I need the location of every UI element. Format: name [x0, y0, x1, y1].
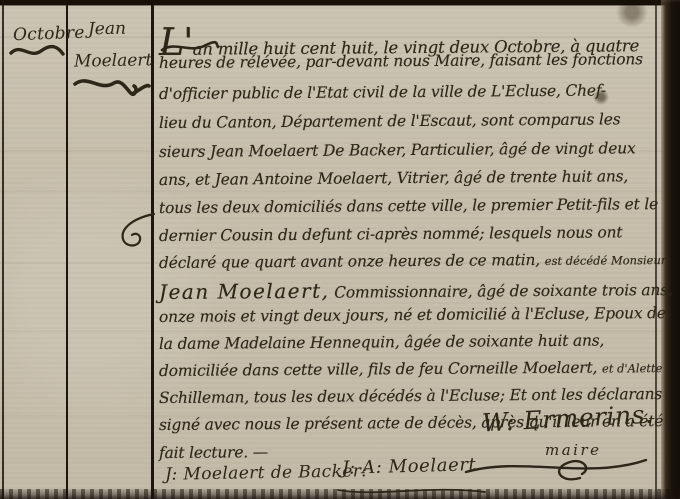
body-line: heures de rélévée, par-devant nous Maire… — [159, 50, 643, 72]
declarant-underline-icon — [336, 485, 488, 497]
body-line: lieu du Canton, Département de l'Escaut,… — [159, 110, 621, 132]
body-line: ans, et Jean Antoine Moelaert, Vitrier, … — [159, 167, 628, 189]
scanned-death-record-page: Octobre Jean Moelaert L'an mille huit ce… — [0, 0, 680, 499]
body-line: sieurs Jean Moelaert De Backer, Particul… — [159, 139, 636, 161]
paragraph-flourish-icon — [114, 210, 158, 250]
mayor-paraph-icon — [462, 452, 652, 484]
squeezed-in-text: est décédé Monsieur — [545, 253, 667, 268]
body-line-deceased-name: Jean Moelaert, Commissionnaire, âgé de s… — [159, 276, 673, 304]
body-line: onze mois et vingt deux jours, né et dom… — [159, 304, 666, 326]
body-line: dernier Cousin du defunt ci-après nommé;… — [159, 223, 623, 245]
margin-deceased-first-name: Jean — [88, 19, 126, 40]
declarant-signature-1: J: Moelaert de Backer: — [165, 461, 368, 485]
body-line: la dame Madelaine Hennequin, âgée de soi… — [159, 332, 604, 353]
body-line: déclaré que quart avant onze heures de c… — [159, 250, 666, 272]
body-line: tous les deux domiciliés dans cette vill… — [159, 195, 658, 217]
left-edge-rule — [2, 0, 4, 499]
squeezed-in-text: et d'Alette — [602, 361, 663, 375]
column-divider-month-name — [66, 5, 68, 499]
flourish-under-month-icon — [8, 44, 66, 60]
body-line: fait lecture. — — [159, 443, 268, 462]
declarant-signature-2: J: A: Moelaert — [342, 454, 477, 479]
margin-month-label: Octobre — [13, 23, 85, 45]
body-line: d'officier public de l'Etat civil de la … — [159, 81, 606, 103]
flourish-under-name-icon — [72, 76, 152, 98]
body-line: domiciliée dans cette ville, fils de feu… — [159, 358, 663, 380]
margin-deceased-last-name: Moelaert — [74, 50, 153, 71]
deceased-name-text: Jean Moelaert, — [159, 279, 330, 304]
